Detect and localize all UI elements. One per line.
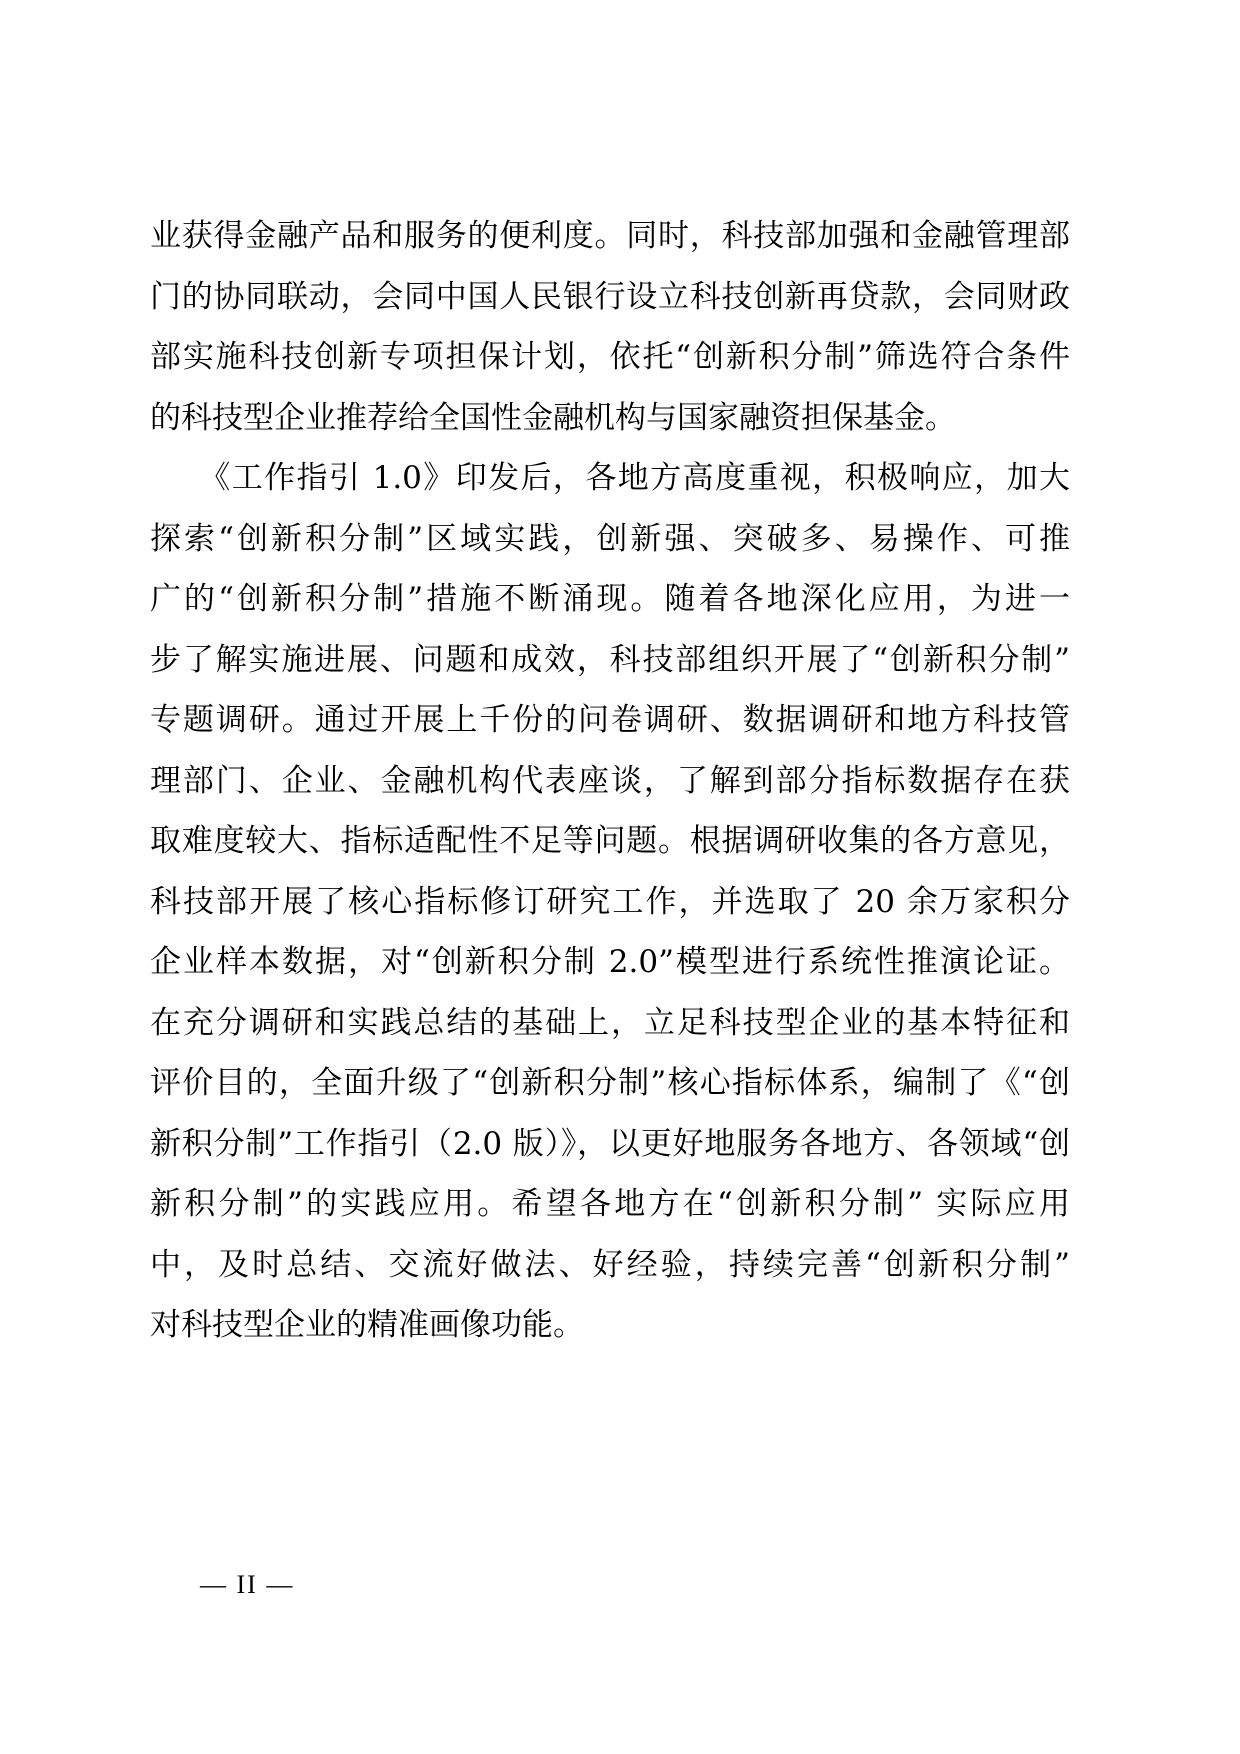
text-line: 的科技型企业推荐给全国性金融机构与国家融资担保基金。 xyxy=(150,388,1070,449)
text-line: 取难度较大、指标适配性不足等问题。根据调研收集的各方意见， xyxy=(150,811,1070,872)
text-line: 在充分调研和实践总结的基础上，立足科技型企业的基本特征和 xyxy=(150,993,1070,1054)
paragraph-2: 《工作指引 1.0》印发后，各地方高度重视，积极响应，加大 探索“创新积分制”区… xyxy=(150,448,1070,1356)
text-line: 部实施科技创新专项担保计划，依托“创新积分制”筛选符合条件 xyxy=(150,327,1070,388)
text-line: 《工作指引 1.0》印发后，各地方高度重视，积极响应，加大 xyxy=(150,448,1070,509)
text-line: 专题调研。通过开展上千份的问卷调研、数据调研和地方科技管 xyxy=(150,690,1070,751)
text-line: 广的“创新积分制”措施不断涌现。随着各地深化应用，为进一 xyxy=(150,569,1070,630)
text-line: 理部门、企业、金融机构代表座谈，了解到部分指标数据存在获 xyxy=(150,751,1070,812)
text-line: 步了解实施进展、问题和成效，科技部组织开展了“创新积分制” xyxy=(150,630,1070,691)
text-line: 探索“创新积分制”区域实践，创新强、突破多、易操作、可推 xyxy=(150,509,1070,570)
text-line: 业获得金融产品和服务的便利度。同时，科技部加强和金融管理部 xyxy=(150,206,1070,267)
paragraph-1: 业获得金融产品和服务的便利度。同时，科技部加强和金融管理部 门的协同联动，会同中… xyxy=(150,206,1070,448)
text-line: 对科技型企业的精准画像功能。 xyxy=(150,1295,1070,1356)
text-line: 企业样本数据，对“创新积分制 2.0”模型进行系统性推演论证。 xyxy=(150,932,1070,993)
text-line: 评价目的，全面升级了“创新积分制”核心指标体系，编制了《“创 xyxy=(150,1053,1070,1114)
text-line: 门的协同联动，会同中国人民银行设立科技创新再贷款，会同财政 xyxy=(150,267,1070,328)
page-number: — II — xyxy=(200,1570,294,1600)
text-line: 新积分制”工作指引（2.0 版）》，以更好地服务各地方、各领域“创 xyxy=(150,1114,1070,1175)
document-body: 业获得金融产品和服务的便利度。同时，科技部加强和金融管理部 门的协同联动，会同中… xyxy=(150,206,1070,1356)
text-line: 新积分制”的实践应用。希望各地方在“创新积分制” 实际应用 xyxy=(150,1174,1070,1235)
text-line: 中，及时总结、交流好做法、好经验，持续完善“创新积分制” xyxy=(150,1235,1070,1296)
text-line: 科技部开展了核心指标修订研究工作，并选取了 20 余万家积分 xyxy=(150,872,1070,933)
